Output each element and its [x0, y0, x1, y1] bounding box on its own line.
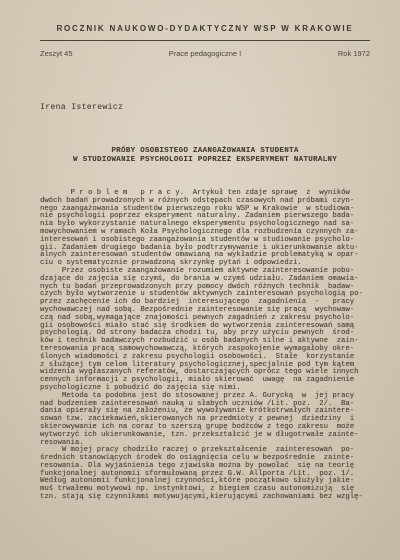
body-paragraph: Metoda ta podobna jest do stosowanej prz… — [40, 393, 374, 448]
article-title-line-2: W STUDIOWANIE PSYCHOLOGII POPRZEZ EKSPER… — [40, 156, 370, 165]
publication-year: Rok 1972 — [290, 49, 370, 58]
body-paragraph: W mojej pracy chodziło raczej o przekszt… — [40, 447, 374, 502]
issue-info-row: Zeszyt 45 Prace pedagogiczne I Rok 1972 — [40, 49, 370, 58]
header-rule — [40, 40, 370, 41]
author-name: Irena Isterewicz — [40, 103, 370, 112]
article-title: PRÓBY OSOBISTEGO ZAANGAŻOWANIA STUDENTA … — [40, 147, 370, 165]
page-content: ROCZNIK NAUKOWO-DYDAKTYCZNY WSP W KRAKOW… — [40, 24, 370, 502]
article-body: P r o b l e m p r a c y. Artykuł ten zda… — [40, 190, 374, 502]
journal-title: ROCZNIK NAUKOWO-DYDAKTYCZNY WSP W KRAKOW… — [40, 24, 370, 33]
article-title-line-1: PRÓBY OSOBISTEGO ZAANGAŻOWANIA STUDENTA — [40, 147, 370, 156]
body-paragraph: Przez osobiste zaangażowanie rozumiem ak… — [40, 268, 374, 393]
body-paragraph: P r o b l e m p r a c y. Artykuł ten zda… — [40, 190, 374, 268]
scanned-journal-page: ROCZNIK NAUKOWO-DYDAKTYCZNY WSP W KRAKOW… — [0, 0, 400, 560]
issue-number: Zeszyt 45 — [40, 49, 120, 58]
series-name: Prace pedagogiczne I — [120, 49, 290, 58]
